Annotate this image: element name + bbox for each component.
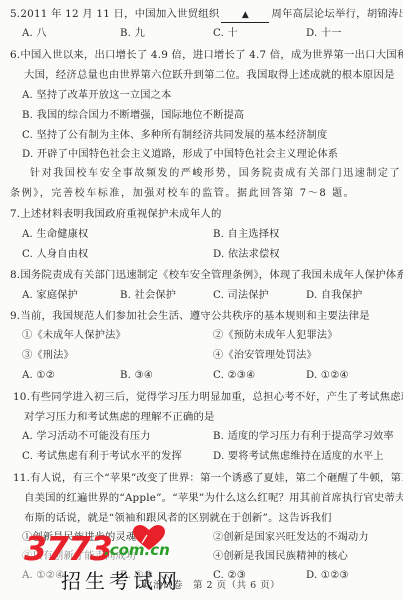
option-d: D. 自我保护	[306, 289, 362, 303]
option-c: C. 考试焦虑有利于考试水平的发挥	[22, 450, 182, 464]
question-stem: 有人说，有三个“苹果”改变了世界：第一个诱惑了夏娃，第二个砸醒了牛顿，第三个就是…	[30, 472, 403, 484]
question-8: 8.国务院责成有关部门迅速制定《校车安全管理条例》，体现了我国未成年人保护体系中…	[10, 268, 403, 282]
question-number: 7.	[10, 208, 20, 220]
question-5: 5.2011 年 12 月 11 日，中国加入世贸组织▲周年高层论坛举行，胡锦涛…	[10, 7, 403, 23]
item-1: ①创新是民族进步的灵魂	[22, 531, 136, 545]
option-d: D. 依法求偿权	[213, 248, 280, 262]
question-9: 9.当前，我国规范人们参加社会生活、遵守公共秩序的基本规则和主要法律是	[10, 309, 370, 323]
question-number: 5.	[10, 8, 20, 20]
option-d: D. 要将考试焦虑维持在适度的水平上	[213, 450, 384, 464]
page-footer: 政治试卷 第 2 页（共 6 页）	[143, 577, 280, 591]
item-2: ②创新是国家兴旺发达的不竭动力	[213, 531, 369, 545]
item-4: ④《治安管理处罚法》	[213, 349, 317, 363]
option-d: D. ①②④	[306, 369, 349, 383]
option-a: A. 家庭保护	[22, 289, 78, 303]
option-b: B. 九	[120, 27, 145, 41]
item-3: ③《刑法》	[22, 349, 74, 363]
question-number: 10.	[13, 391, 30, 403]
option-b: B. ③④	[120, 369, 153, 383]
option-a: A. 学习活动不可能没有压力	[22, 430, 151, 444]
triangle-icon: ▲	[242, 10, 249, 20]
option-c: C. 坚持了公有制为主体、多种所有制经济共同发展的基本经济制度	[22, 129, 327, 143]
option-b: B. 适度的学习压力有利于提高学习效率	[213, 430, 394, 444]
question-stem: 有些同学进入初三后，觉得学习压力明显加重，总担心考不好，产生了考试焦虑现象。下列	[30, 391, 403, 403]
question-stem: 2011 年 12 月 11 日，中国加入世贸组织	[20, 8, 219, 20]
answer-blank: ▲	[221, 7, 269, 23]
question-stem-line3: 布斯的话说，就是“领袖和跟风者的区别就在于创新”。这告诉我们	[24, 511, 332, 525]
option-c: C. 司法保护	[213, 289, 269, 303]
option-b: B. 社会保护	[120, 289, 176, 303]
option-a: A. 八	[22, 27, 47, 41]
heart-icon	[133, 525, 165, 551]
item-3: ③只有创新才能走向成功	[22, 550, 136, 564]
question-10: 10.有些同学进入初三后，觉得学习压力明显加重，总担心考不好，产生了考试焦虑现象…	[13, 390, 403, 404]
item-1: ①《未成年人保护法》	[22, 329, 126, 343]
question-stem-line2: 对学习压力和考试焦虑的理解不正确的是	[24, 410, 215, 424]
question-number: 11.	[13, 472, 30, 484]
question-6: 6.中国入世以来，出口增长了 4.9 倍，进口增长了 4.7 倍，成为世界第一出…	[10, 48, 403, 62]
question-stem: 国务院责成有关部门迅速制定《校车安全管理条例》，体现了我国未成年人保护体系中的	[20, 269, 403, 281]
option-d: D. 开辟了中国特色社会主义道路，形成了中国特色社会主义理论体系	[22, 148, 338, 162]
option-b: B. 自主选择权	[213, 228, 280, 242]
item-4: ④创新是我国民族精神的核心	[213, 550, 348, 564]
exam-page: 5.2011 年 12 月 11 日，中国加入世贸组织▲周年高层论坛举行，胡锦涛…	[0, 0, 403, 600]
option-c: C. 人身自由权	[22, 248, 88, 262]
question-number: 9.	[10, 310, 20, 322]
question-number: 8.	[10, 269, 20, 281]
question-stem-line2: 自美国的红遍世界的“Apple”。“苹果”为什么这么红呢？用其前首席执行官史蒂夫…	[24, 491, 403, 505]
option-a: A. ①②④	[22, 569, 64, 583]
option-d: D. ①②③	[306, 569, 349, 583]
question-stem: 中国入世以来，出口增长了 4.9 倍，进口增长了 4.7 倍，成为世界第一出口大…	[20, 49, 403, 61]
option-a: A. 坚持了改革开放这一立国之本	[22, 89, 171, 103]
option-a: A. ①②	[22, 369, 55, 383]
material-line1: 针对我国校车安全事故频发的严峻形势，国务院责成有关部门迅速制定了《校车安全管理	[30, 167, 403, 181]
option-c: C. ②③④	[213, 369, 256, 383]
option-d: D. 十一	[306, 27, 342, 41]
question-stem: 当前，我国规范人们参加社会生活、遵守公共秩序的基本规则和主要法律是	[20, 310, 370, 322]
item-2: ②《预防未成年人犯罪法》	[213, 329, 338, 343]
question-stem-end: 周年高层论坛举行，胡锦涛出席并讲话。	[271, 8, 403, 20]
question-7: 7.上述材料表明我国政府重视保护未成年人的	[10, 207, 222, 221]
question-number: 6.	[10, 49, 20, 61]
option-a: A. 生命健康权	[22, 228, 88, 242]
option-c: C. 十	[213, 27, 238, 41]
material-line2: 条例》，完善校车标准，加强对校车的监管。据此回答第 7～8 题。	[10, 187, 355, 201]
question-11: 11.有人说，有三个“苹果”改变了世界：第一个诱惑了夏娃，第二个砸醒了牛顿，第三…	[13, 471, 403, 485]
question-stem-line2: 大国，经济总量也由世界第六位跃升到第二位。我国取得上述成就的根本原因是	[24, 68, 395, 82]
question-stem: 上述材料表明我国政府重视保护未成年人的	[20, 208, 221, 220]
option-b: B. 我国的综合国力不断增强，国际地位不断提高	[22, 109, 244, 123]
